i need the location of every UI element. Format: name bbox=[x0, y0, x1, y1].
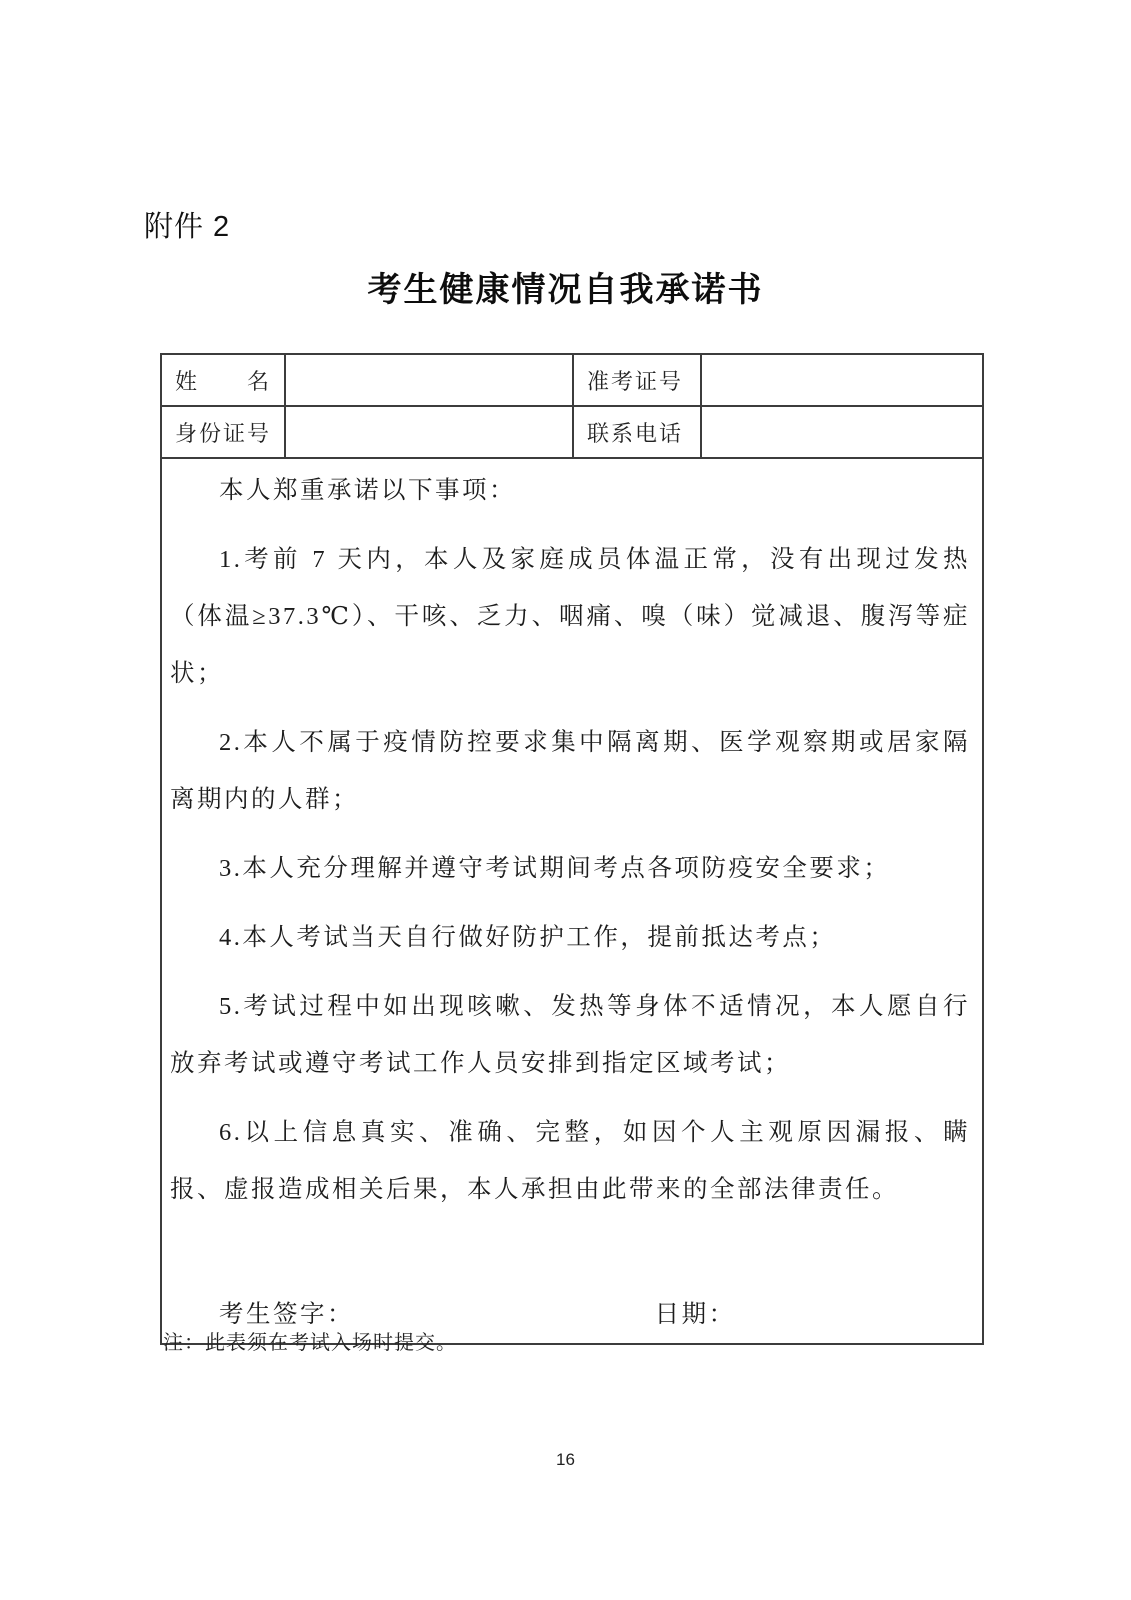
commitment-body-cell: 本人郑重承诺以下事项： 1.考前 7 天内，本人及家庭成员体温正常，没有出现过发… bbox=[161, 458, 983, 1344]
document-page: 附件 2 考生健康情况自我承诺书 姓 名 准考证号 身份证号 联系电话 bbox=[0, 0, 1131, 1600]
name-field-value[interactable] bbox=[285, 354, 573, 406]
phone-field-value[interactable] bbox=[701, 406, 983, 458]
name-field-label: 姓 名 bbox=[161, 354, 285, 406]
table-row: 身份证号 联系电话 bbox=[161, 406, 983, 458]
attachment-label: 附件 2 bbox=[144, 204, 230, 245]
page-number: 16 bbox=[0, 1450, 1131, 1470]
admission-ticket-field-label: 准考证号 bbox=[573, 354, 701, 406]
commitment-item: 6.以上信息真实、准确、完整，如因个人主观原因漏报、瞒报、虚报造成相关后果，本人… bbox=[170, 1104, 970, 1218]
candidate-signature-label: 考生签字： bbox=[219, 1301, 354, 1328]
page-title: 考生健康情况自我承诺书 bbox=[0, 262, 1131, 311]
date-label: 日期： bbox=[655, 1301, 736, 1328]
phone-field-label: 联系电话 bbox=[573, 406, 701, 458]
table-row: 姓 名 准考证号 bbox=[161, 354, 983, 406]
admission-ticket-field-value[interactable] bbox=[701, 354, 983, 406]
commitment-item: 4.本人考试当天自行做好防护工作，提前抵达考点； bbox=[170, 909, 970, 966]
commitment-intro: 本人郑重承诺以下事项： bbox=[170, 462, 970, 519]
commitment-item: 2.本人不属于疫情防控要求集中隔离期、医学观察期或居家隔离期内的人群； bbox=[170, 714, 970, 828]
id-number-field-value[interactable] bbox=[285, 406, 573, 458]
commitment-item: 1.考前 7 天内，本人及家庭成员体温正常，没有出现过发热（体温≥37.3℃）、… bbox=[170, 531, 970, 702]
commitment-item: 3.本人充分理解并遵守考试期间考点各项防疫安全要求； bbox=[170, 840, 970, 897]
commitment-item: 5.考试过程中如出现咳嗽、发热等身体不适情况，本人愿自行放弃考试或遵守考试工作人… bbox=[170, 978, 970, 1092]
table-row: 本人郑重承诺以下事项： 1.考前 7 天内，本人及家庭成员体温正常，没有出现过发… bbox=[161, 458, 983, 1344]
footer-note: 注：此表须在考试入场时提交。 bbox=[163, 1326, 457, 1355]
id-number-field-label: 身份证号 bbox=[161, 406, 285, 458]
health-form-table: 姓 名 准考证号 身份证号 联系电话 本人郑重承诺以下事项： 1.考前 7 天内… bbox=[160, 353, 984, 1345]
